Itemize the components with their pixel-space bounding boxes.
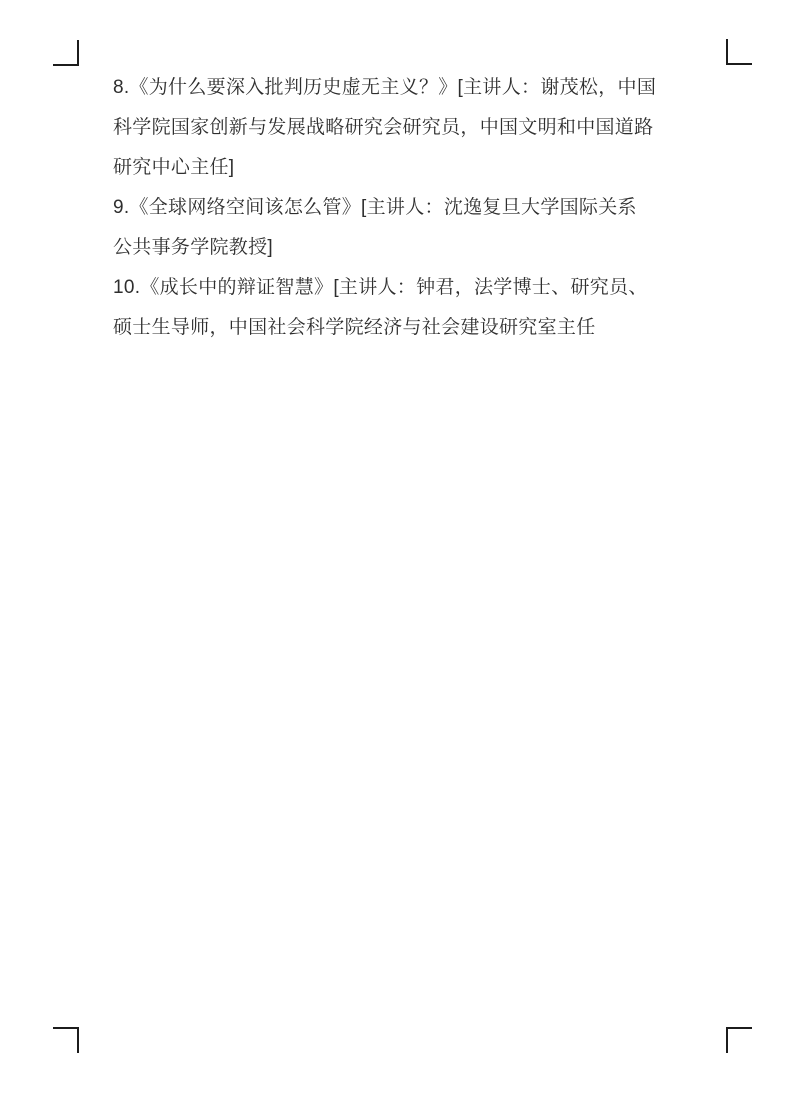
list-item-9-line-2: 公共事务学院教授]	[113, 228, 733, 268]
document-text-block: 8.《为什么要深入批判历史虚无主义？》[主讲人：谢茂松，中国 科学院国家创新与发…	[113, 68, 733, 348]
list-item-8-line-2: 科学院国家创新与发展战略研究会研究员，中国文明和中国道路	[113, 108, 733, 148]
list-item-10-line-2: 硕士生导师，中国社会科学院经济与社会建设研究室主任	[113, 308, 733, 348]
crop-mark-top-left	[53, 40, 79, 66]
list-item-9-line-1: 9.《全球网络空间该怎么管》[主讲人：沈逸复旦大学国际关系	[113, 188, 733, 228]
crop-mark-bottom-left	[53, 1027, 79, 1053]
list-item-10-line-1: 10.《成长中的辩证智慧》[主讲人：钟君，法学博士、研究员、	[113, 268, 733, 308]
list-item-8-line-3: 研究中心主任]	[113, 148, 733, 188]
crop-mark-top-right	[726, 39, 752, 65]
document-page: 8.《为什么要深入批判历史虚无主义？》[主讲人：谢茂松，中国 科学院国家创新与发…	[0, 0, 791, 1120]
crop-mark-bottom-right	[726, 1027, 752, 1053]
list-item-8-line-1: 8.《为什么要深入批判历史虚无主义？》[主讲人：谢茂松，中国	[113, 68, 733, 108]
